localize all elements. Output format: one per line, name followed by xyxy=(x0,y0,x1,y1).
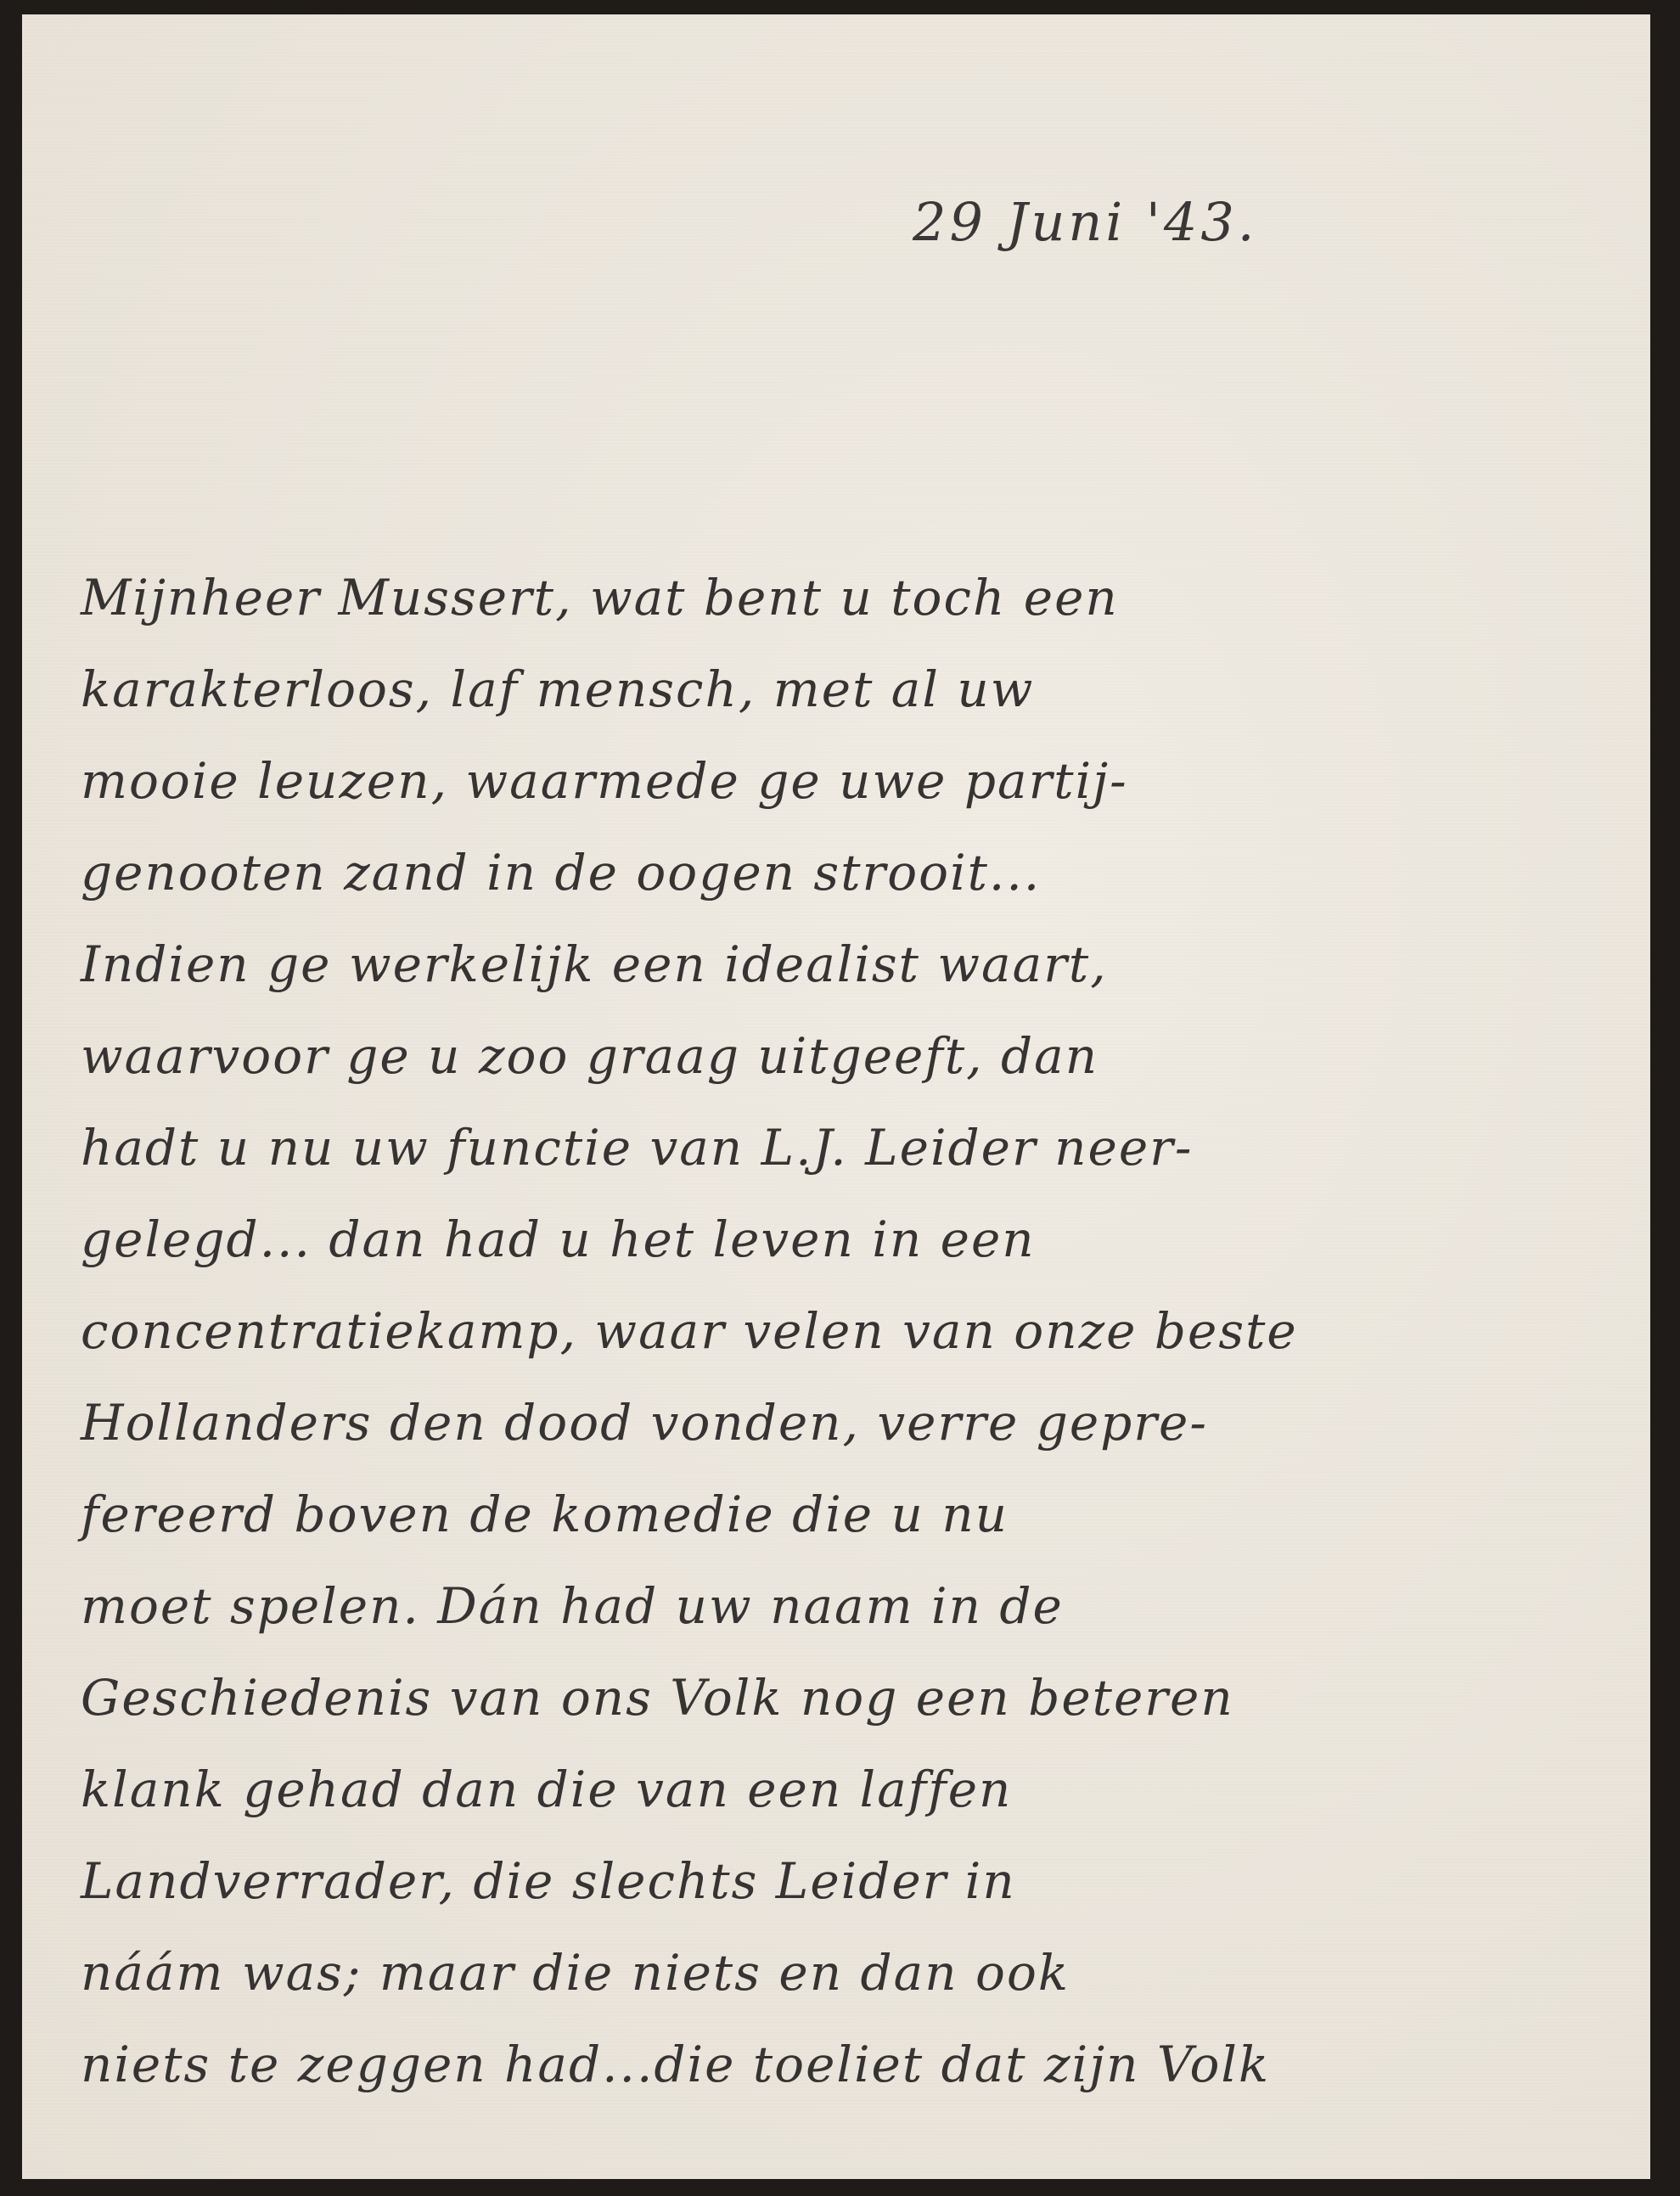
letter-line-2: karakterloos, laf mensch, met al uw xyxy=(81,643,1651,735)
letter-line-5: Indien ge werkelijk een idealist waart, xyxy=(81,918,1651,1010)
letter-line-14: klank gehad dan die van een laffen xyxy=(81,1744,1651,1835)
letter-line-12: moet spelen. Dán had uw naam in de xyxy=(81,1560,1651,1652)
letter-line-3: mooie leuzen, waarmede ge uwe partij- xyxy=(81,735,1651,827)
letter-line-15: Landverrader, die slechts Leider in xyxy=(81,1835,1651,1927)
letter-line-6: waarvoor ge u zoo graag uitgeeft, dan xyxy=(81,1010,1651,1102)
letter-line-4: genooten zand in de oogen strooit... xyxy=(81,827,1651,918)
letter-line-16: náám was; maar die niets en dan ook xyxy=(81,1927,1651,2019)
letter-line-13: Geschiedenis van ons Volk nog een betere… xyxy=(81,1652,1651,1744)
letter-line-1: Mijnheer Mussert, wat bent u toch een xyxy=(81,552,1651,643)
letter-line-17: niets te zeggen had...die toeliet dat zi… xyxy=(81,2019,1651,2110)
letter-line-10: Hollanders den dood vonden, verre gepre- xyxy=(81,1377,1651,1469)
letter-date: 29 Juni '43. xyxy=(913,191,1258,253)
letter-line-11: fereerd boven de komedie die u nu xyxy=(81,1469,1651,1560)
letter-line-7: hadt u nu uw functie van L.J. Leider nee… xyxy=(81,1102,1651,1193)
letter-line-9: concentratiekamp, waar velen van onze be… xyxy=(81,1285,1651,1377)
letter-line-8: gelegd... dan had u het leven in een xyxy=(81,1193,1651,1285)
letter-body: Mijnheer Mussert, wat bent u toch een ka… xyxy=(81,552,1651,2110)
